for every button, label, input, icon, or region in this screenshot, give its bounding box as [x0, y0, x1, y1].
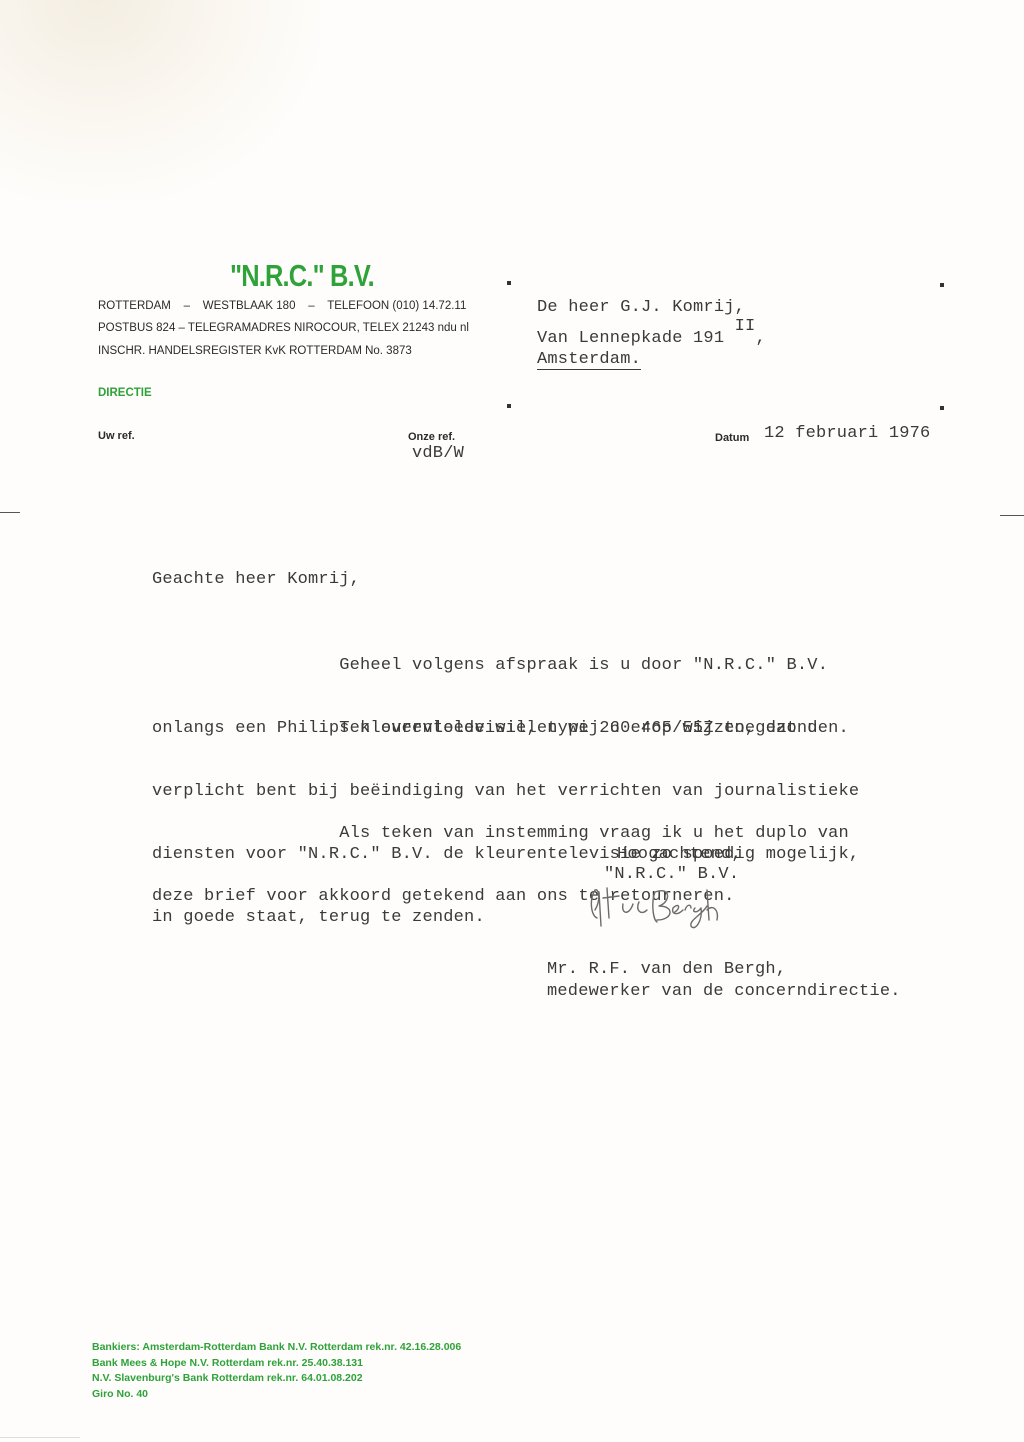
- paper-stain: [0, 0, 320, 200]
- recipient-street-suffix: II: [735, 317, 756, 336]
- window-corner-mark: [940, 283, 944, 287]
- closing: Hoogachtend,: [617, 845, 742, 864]
- paragraph-line: Als teken van instemming vraag ik u het …: [152, 823, 849, 844]
- window-corner-mark: [507, 404, 511, 408]
- bank-footer: Bankiers: Amsterdam-Rotterdam Bank N.V. …: [92, 1340, 461, 1402]
- fold-mark-right: [1000, 515, 1024, 516]
- datum-value: 12 februari 1976: [764, 424, 930, 443]
- handwritten-signature-icon: [585, 880, 735, 945]
- signatory-title: medewerker van de concerndirectie.: [547, 982, 901, 1001]
- window-corner-mark: [507, 281, 511, 285]
- department-label: DIRECTIE: [98, 387, 152, 399]
- footer-line: Bankiers: Amsterdam-Rotterdam Bank N.V. …: [92, 1340, 461, 1356]
- window-corner-mark: [940, 406, 944, 410]
- recipient-city-text: Amsterdam.: [537, 350, 641, 370]
- fold-mark-left: [0, 512, 20, 513]
- salutation: Geachte heer Komrij,: [152, 570, 360, 589]
- recipient-city: Amsterdam.: [537, 350, 641, 369]
- onze-ref-label: Onze ref.: [408, 431, 455, 443]
- letterhead-register-line: INSCHR. HANDELSREGISTER KvK ROTTERDAM No…: [98, 345, 412, 357]
- footer-line: N.V. Slavenburg's Bank Rotterdam rek.nr.…: [92, 1371, 461, 1387]
- recipient-street-text: Van Lennepkade 191: [537, 329, 724, 348]
- recipient-name: De heer G.J. Komrij,: [537, 298, 745, 317]
- paragraph-3: Als teken van instemming vraag ik u het …: [152, 781, 849, 928]
- letterhead-address-line: ROTTERDAM – WESTBLAAK 180 – TELEFOON (01…: [98, 300, 466, 312]
- paragraph-line: Geheel volgens afspraak is u door "N.R.C…: [152, 655, 849, 676]
- paragraph-line: Ten overvloede willen wij u erop wijzen,…: [152, 718, 859, 739]
- recipient-street: Van Lennepkade 191 II,: [537, 329, 766, 348]
- datum-label: Datum: [715, 432, 749, 444]
- letterhead-postbus-line: POSTBUS 824 – TELEGRAMADRES NIROCOUR, TE…: [98, 322, 469, 334]
- bottom-edge-mark: [0, 1437, 80, 1438]
- paragraph-line: deze brief voor akkoord getekend aan ons…: [152, 886, 849, 907]
- footer-line: Giro No. 40: [92, 1387, 461, 1403]
- recipient-street-comma: ,: [755, 329, 765, 348]
- company-logo: "N.R.C." B.V.: [230, 258, 374, 294]
- onze-ref-value: vdB/W: [412, 444, 464, 463]
- uw-ref-label: Uw ref.: [98, 430, 135, 442]
- signatory-name: Mr. R.F. van den Bergh,: [547, 960, 786, 979]
- footer-line: Bank Mees & Hope N.V. Rotterdam rek.nr. …: [92, 1356, 461, 1372]
